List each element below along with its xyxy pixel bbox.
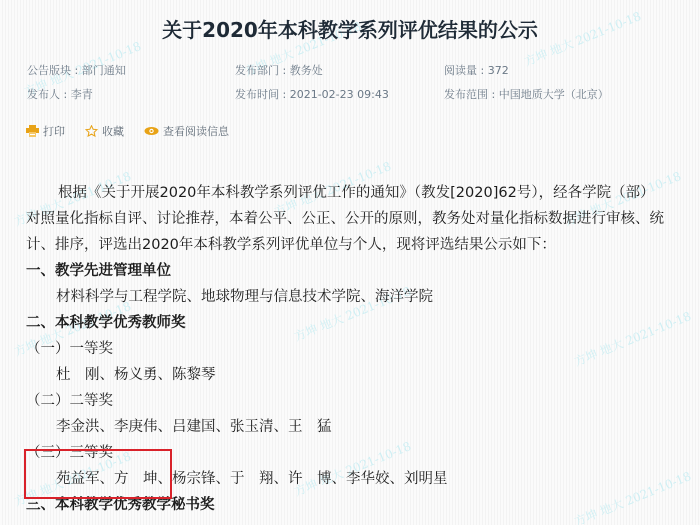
view-readers-button[interactable]: 查看阅读信息 [144,123,229,139]
intro-paragraph: 根据《关于开展2020年本科教学系列评优工作的通知》（教发[2020]62号），… [26,180,686,258]
page-title: 关于2020年本科教学系列评优结果的公示 [0,14,700,43]
second-prize-label: （二）二等奖 [26,388,686,414]
meta-views: 阅读量 : 372 [444,62,509,78]
meta-scope: 发布范围 : 中国地质大学（北京） [444,86,609,102]
article-body: 根据《关于开展2020年本科教学系列评优工作的通知》（教发[2020]62号），… [26,180,686,518]
meta-publisher: 发布人 : 李青 [27,86,93,102]
view-readers-label: 查看阅读信息 [163,123,229,139]
printer-icon [26,125,39,137]
intro-line: 根据《关于开展2020年本科教学系列评优工作的通知》（教发[2020]62号），… [26,180,686,206]
first-prize-names: 杜 刚、杨义勇、陈黎琴 [26,362,686,388]
first-prize-label: （一）一等奖 [26,336,686,362]
favorite-button[interactable]: 收藏 [85,123,124,139]
section-heading-2: 二、本科教学优秀教师奖 [26,310,686,336]
third-prize-label: （三）三等奖 [26,440,686,466]
section-heading-3: 三、本科教学优秀教学秘书奖 [26,492,686,518]
meta-publish-time: 发布时间 : 2021-02-23 09:43 [235,86,389,102]
third-prize-names: 苑益军、方 坤、杨宗锋、于 翔、许 博、李华姣、刘明星 [26,466,686,492]
intro-line: 计、排序，评选出2020年本科教学系列评优单位与个人，现将评选结果公示如下： [26,232,686,258]
intro-line: 对照量化指标自评、讨论推荐，本着公平、公正、公开的原则，教务处对量化指标数据进行… [26,206,686,232]
section1-names: 材料科学与工程学院、地球物理与信息技术学院、海洋学院 [26,284,686,310]
favorite-label: 收藏 [102,123,124,139]
print-label: 打印 [43,123,65,139]
action-bar: 打印 收藏 查看阅读信息 [26,123,229,139]
meta-department: 发布部门 : 教务处 [235,62,323,78]
meta-section: 公告版块 : 部门通知 [27,62,126,78]
star-icon [85,125,98,137]
print-button[interactable]: 打印 [26,123,65,139]
section-heading-1: 一、教学先进管理单位 [26,258,686,284]
second-prize-names: 李金洪、李庚伟、吕建国、张玉清、王 猛 [26,414,686,440]
eye-icon [144,125,159,137]
